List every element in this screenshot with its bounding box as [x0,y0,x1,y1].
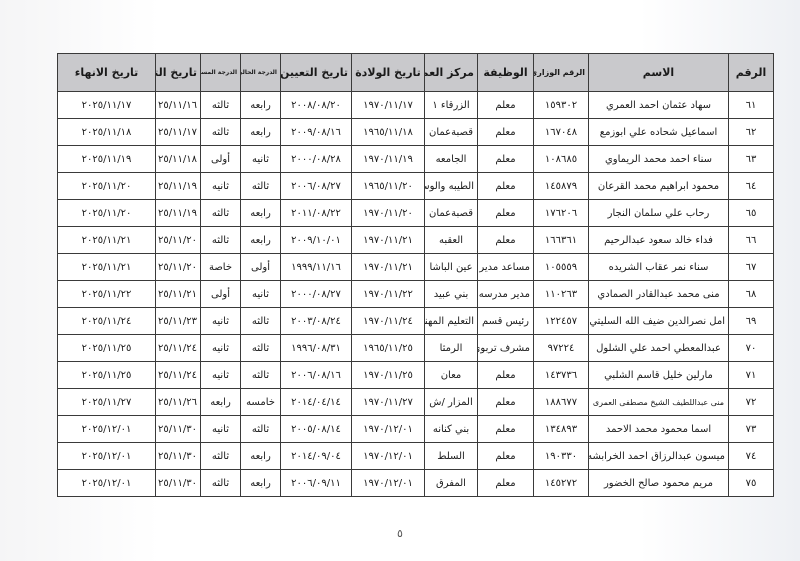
cell-end-date: ٢٠٢٥/١٢/٠١ [58,443,156,470]
cell-appointment-date: ٢٠١٤/٠٩/٠٤ [281,443,352,470]
document-page: الرقم الاسم الرقم الوزاري الوظيفة مركز ا… [0,0,800,561]
cell-workplace: بني عبيد [425,281,478,308]
cell-due-grade: ثانيه [201,308,241,335]
cell-appointment-date: ١٩٩٩/١١/١٦ [281,254,352,281]
cell-name: مارلين خليل قاسم الشلبي [589,362,729,389]
cell-ministry-no: ١٠٨٦٨٥ [534,146,589,173]
cell-end-date: ٢٠٢٥/١٢/٠١ [58,416,156,443]
cell-no: ٦٥ [729,200,774,227]
cell-birth-date: ١٩٧٠/١٢/٠١ [352,416,425,443]
cell-name: اسماعيل شحاده علي ابوزمع [589,119,729,146]
cell-job: معلم [478,389,534,416]
cell-promotion-date: ٢٠٢٥/١١/٣٠ [156,443,201,470]
cell-job: معلم [478,173,534,200]
cell-ministry-no: ٩٧٢٢٤ [534,335,589,362]
cell-current-grade: رابعه [241,119,281,146]
cell-ministry-no: ١٦٦٣٦١ [534,227,589,254]
cell-promotion-date: ٢٠٢٥/١١/٢٠ [156,227,201,254]
cell-workplace: العقبه [425,227,478,254]
cell-appointment-date: ٢٠٠٥/٠٨/١٤ [281,416,352,443]
cell-ministry-no: ١٦٧٠٤٨ [534,119,589,146]
cell-job: معلم [478,443,534,470]
cell-birth-date: ١٩٧٠/١١/٢٧ [352,389,425,416]
header-job: الوظيفة [478,54,534,92]
cell-current-grade: ثالثه [241,362,281,389]
cell-workplace: المزار /ش [425,389,478,416]
table-header-row: الرقم الاسم الرقم الوزاري الوظيفة مركز ا… [58,54,774,92]
cell-due-grade: ثالثه [201,119,241,146]
cell-promotion-date: ٢٠٢٥/١١/٣٠ [156,470,201,497]
cell-end-date: ٢٠٢٥/١١/٢٥ [58,335,156,362]
cell-no: ٦٧ [729,254,774,281]
cell-promotion-date: ٢٠٢٥/١١/٢٣ [156,308,201,335]
cell-birth-date: ١٩٧٠/١١/٢٠ [352,200,425,227]
cell-appointment-date: ٢٠١٤/٠٤/١٤ [281,389,352,416]
cell-no: ٧٤ [729,443,774,470]
header-ministry-no: الرقم الوزاري [534,54,589,92]
header-promotion-date: تاريخ الترفيع [156,54,201,92]
cell-name: امل نصرالدين ضيف الله السليتي [589,308,729,335]
cell-workplace: قصبةعمان [425,119,478,146]
table-row: ٦٤محمود ابراهيم محمد القرعان١٤٥٨٧٩معلمال… [58,173,774,200]
cell-current-grade: رابعه [241,443,281,470]
cell-due-grade: ثانيه [201,335,241,362]
cell-current-grade: رابعه [241,200,281,227]
cell-job: معلم [478,416,534,443]
cell-no: ٦٤ [729,173,774,200]
header-due-grade: الدرجة المستحقة [201,54,241,92]
cell-job: معلم [478,92,534,119]
cell-job: معلم [478,227,534,254]
cell-no: ٦٨ [729,281,774,308]
cell-no: ٧٥ [729,470,774,497]
cell-due-grade: خاصة [201,254,241,281]
cell-no: ٦٩ [729,308,774,335]
header-no: الرقم [729,54,774,92]
cell-workplace: المفرق [425,470,478,497]
cell-due-grade: ثانيه [201,362,241,389]
cell-promotion-date: ٢٠٢٥/١١/٢٤ [156,335,201,362]
cell-appointment-date: ٢٠٠٠/٠٨/٢٨ [281,146,352,173]
cell-promotion-date: ٢٠٢٥/١١/١٧ [156,119,201,146]
table-row: ٦٨منى محمد عبدالقادر الصمادي١١٠٢٦٣مدير م… [58,281,774,308]
cell-appointment-date: ٢٠٠٩/١٠/٠١ [281,227,352,254]
cell-end-date: ٢٠٢٥/١٢/٠١ [58,470,156,497]
cell-end-date: ٢٠٢٥/١١/١٧ [58,92,156,119]
cell-ministry-no: ١٠٥٥٥٩ [534,254,589,281]
cell-birth-date: ١٩٧٠/١١/٢١ [352,227,425,254]
cell-no: ٧٢ [729,389,774,416]
cell-appointment-date: ٢٠٠٦/٠٩/١١ [281,470,352,497]
cell-promotion-date: ٢٠٢٥/١١/٢٦ [156,389,201,416]
cell-current-grade: رابعه [241,470,281,497]
cell-name: مريم محمود صالح الخضور [589,470,729,497]
table-row: ٧٥مريم محمود صالح الخضور١٤٥٢٧٢معلمالمفرق… [58,470,774,497]
cell-birth-date: ١٩٦٥/١١/٢٥ [352,335,425,362]
cell-workplace: عين الباشا [425,254,478,281]
cell-job: مساعد مدير مدرسه [478,254,534,281]
page-number: ٥ [392,527,408,540]
cell-name: ميسون عبدالرزاق احمد الخرابشه [589,443,729,470]
cell-name: سهاد عثمان احمد العمري [589,92,729,119]
cell-job: معلم [478,146,534,173]
cell-promotion-date: ٢٠٢٥/١١/٢٤ [156,362,201,389]
cell-ministry-no: ١٥٩٣٠٢ [534,92,589,119]
cell-ministry-no: ١٧٦٢٠٦ [534,200,589,227]
cell-due-grade: ثالثه [201,92,241,119]
cell-ministry-no: ١٤٥٢٧٢ [534,470,589,497]
cell-job: معلم [478,119,534,146]
cell-end-date: ٢٠٢٥/١١/٢٠ [58,200,156,227]
cell-no: ٦٣ [729,146,774,173]
table-row: ٦٧سناء نمر عقاب الشريده١٠٥٥٥٩مساعد مدير … [58,254,774,281]
table-row: ٦٩امل نصرالدين ضيف الله السليتي١٢٢٤٥٧رئي… [58,308,774,335]
cell-birth-date: ١٩٦٥/١١/١٨ [352,119,425,146]
cell-ministry-no: ١٩٠٣٣٠ [534,443,589,470]
cell-current-grade: ثانيه [241,281,281,308]
table-row: ٧١مارلين خليل قاسم الشلبي١٤٣٧٣٦معلممعان١… [58,362,774,389]
cell-due-grade: أولى [201,281,241,308]
cell-name: منى عبداللطيف الشيخ مصطفى العمرى [589,389,729,416]
table-row: ٦١سهاد عثمان احمد العمري١٥٩٣٠٢معلمالزرقا… [58,92,774,119]
cell-workplace: معان [425,362,478,389]
cell-current-grade: خامسه [241,389,281,416]
cell-due-grade: ثالثه [201,470,241,497]
cell-end-date: ٢٠٢٥/١١/٢٢ [58,281,156,308]
cell-no: ٦٦ [729,227,774,254]
cell-end-date: ٢٠٢٥/١١/٢٤ [58,308,156,335]
cell-no: ٧٠ [729,335,774,362]
table-row: ٧٣اسما محمود محمد الاحمد١٣٤٨٩٣معلمبني كن… [58,416,774,443]
cell-current-grade: رابعه [241,227,281,254]
cell-workplace: الرمثا [425,335,478,362]
cell-birth-date: ١٩٧٠/١١/١٧ [352,92,425,119]
cell-name: اسما محمود محمد الاحمد [589,416,729,443]
cell-appointment-date: ٢٠٠٦/٠٨/١٦ [281,362,352,389]
cell-job: معلم [478,362,534,389]
header-workplace: مركز العمل [425,54,478,92]
cell-ministry-no: ١٨٨٦٧٧ [534,389,589,416]
table-row: ٦٣سناء احمد محمد الريماوي١٠٨٦٨٥معلمالجام… [58,146,774,173]
cell-promotion-date: ٢٠٢٥/١١/٢٠ [156,254,201,281]
table-row: ٧٠عبدالمعطي احمد علي الشلول٩٧٢٢٤مشرف ترب… [58,335,774,362]
cell-due-grade: ثانيه [201,173,241,200]
cell-appointment-date: ٢٠٠٦/٠٨/٢٧ [281,173,352,200]
cell-current-grade: ثالثه [241,416,281,443]
cell-promotion-date: ٢٠٢٥/١١/١٨ [156,146,201,173]
cell-birth-date: ١٩٧٠/١١/٢١ [352,254,425,281]
cell-ministry-no: ١١٠٢٦٣ [534,281,589,308]
cell-current-grade: ثانيه [241,146,281,173]
cell-due-grade: رابعه [201,389,241,416]
cell-job: معلم [478,200,534,227]
cell-end-date: ٢٠٢٥/١١/١٩ [58,146,156,173]
cell-workplace: السلط [425,443,478,470]
cell-current-grade: أولى [241,254,281,281]
cell-promotion-date: ٢٠٢٥/١١/١٦ [156,92,201,119]
cell-ministry-no: ١٢٢٤٥٧ [534,308,589,335]
cell-name: سناء احمد محمد الريماوي [589,146,729,173]
cell-end-date: ٢٠٢٥/١١/٢٧ [58,389,156,416]
cell-due-grade: ثالثه [201,443,241,470]
cell-end-date: ٢٠٢٥/١١/١٨ [58,119,156,146]
cell-ministry-no: ١٣٤٨٩٣ [534,416,589,443]
cell-workplace: التعليم المهني [425,308,478,335]
cell-promotion-date: ٢٠٢٥/١١/٣٠ [156,416,201,443]
cell-current-grade: ثالثه [241,335,281,362]
cell-job: رئيس قسم [478,308,534,335]
cell-birth-date: ١٩٧٠/١١/٢٤ [352,308,425,335]
table-row: ٧٢منى عبداللطيف الشيخ مصطفى العمرى١٨٨٦٧٧… [58,389,774,416]
cell-appointment-date: ٢٠٠٨/٠٨/٢٠ [281,92,352,119]
promotions-table: الرقم الاسم الرقم الوزاري الوظيفة مركز ا… [57,53,774,497]
cell-appointment-date: ٢٠١١/٠٨/٢٢ [281,200,352,227]
cell-name: رحاب علي سلمان النجار [589,200,729,227]
cell-no: ٦١ [729,92,774,119]
cell-job: مدير مدرسه [478,281,534,308]
cell-promotion-date: ٢٠٢٥/١١/١٩ [156,173,201,200]
cell-birth-date: ١٩٧٠/١٢/٠١ [352,470,425,497]
cell-appointment-date: ٢٠٠٩/٠٨/١٦ [281,119,352,146]
table-row: ٦٥رحاب علي سلمان النجار١٧٦٢٠٦معلمقصبةعما… [58,200,774,227]
header-current-grade: الدرجة الحالية [241,54,281,92]
cell-due-grade: ثالثه [201,200,241,227]
cell-end-date: ٢٠٢٥/١١/٢٠ [58,173,156,200]
cell-workplace: الزرقاء ١ [425,92,478,119]
cell-birth-date: ١٩٧٠/١١/١٩ [352,146,425,173]
cell-workplace: الجامعه [425,146,478,173]
cell-no: ٧٣ [729,416,774,443]
header-end-date: تاريخ الانهاء [58,54,156,92]
cell-no: ٦٢ [729,119,774,146]
cell-appointment-date: ٢٠٠٠/٠٨/٢٧ [281,281,352,308]
table-row: ٦٦فداء خالد سعود عبدالرحيم١٦٦٣٦١معلمالعق… [58,227,774,254]
cell-name: منى محمد عبدالقادر الصمادي [589,281,729,308]
cell-name: فداء خالد سعود عبدالرحيم [589,227,729,254]
cell-name: محمود ابراهيم محمد القرعان [589,173,729,200]
cell-birth-date: ١٩٧٠/١١/٢٢ [352,281,425,308]
cell-appointment-date: ٢٠٠٣/٠٨/٢٤ [281,308,352,335]
cell-workplace: قصبةعمان [425,200,478,227]
cell-promotion-date: ٢٠٢٥/١١/١٩ [156,200,201,227]
cell-workplace: بني كنانه [425,416,478,443]
table-row: ٧٤ميسون عبدالرزاق احمد الخرابشه١٩٠٣٣٠معل… [58,443,774,470]
cell-job: مشرف تربوي [478,335,534,362]
header-birth-date: تاريخ الولادة [352,54,425,92]
cell-name: عبدالمعطي احمد علي الشلول [589,335,729,362]
cell-promotion-date: ٢٠٢٥/١١/٢١ [156,281,201,308]
header-appointment-date: تاريخ التعيين [281,54,352,92]
cell-end-date: ٢٠٢٥/١١/٢٥ [58,362,156,389]
cell-birth-date: ١٩٦٥/١١/٢٠ [352,173,425,200]
cell-ministry-no: ١٤٥٨٧٩ [534,173,589,200]
header-name: الاسم [589,54,729,92]
cell-current-grade: ثالثه [241,308,281,335]
cell-end-date: ٢٠٢٥/١١/٢١ [58,227,156,254]
cell-birth-date: ١٩٧٠/١٢/٠١ [352,443,425,470]
cell-ministry-no: ١٤٣٧٣٦ [534,362,589,389]
cell-job: معلم [478,470,534,497]
cell-due-grade: ثانيه [201,416,241,443]
cell-end-date: ٢٠٢٥/١١/٢١ [58,254,156,281]
table-row: ٦٢اسماعيل شحاده علي ابوزمع١٦٧٠٤٨معلمقصبة… [58,119,774,146]
cell-appointment-date: ١٩٩٦/٠٨/٣١ [281,335,352,362]
cell-current-grade: ثالثه [241,173,281,200]
cell-workplace: الطيبه والوسطيه [425,173,478,200]
cell-current-grade: رابعه [241,92,281,119]
cell-no: ٧١ [729,362,774,389]
cell-due-grade: ثالثه [201,227,241,254]
cell-birth-date: ١٩٧٠/١١/٢٥ [352,362,425,389]
cell-name: سناء نمر عقاب الشريده [589,254,729,281]
cell-due-grade: أولى [201,146,241,173]
